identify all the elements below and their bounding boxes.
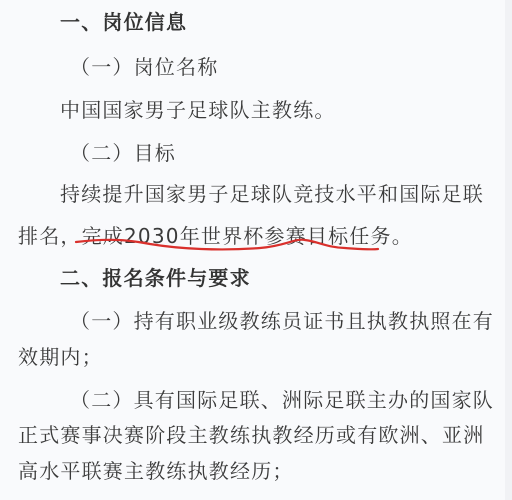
page-edge: [505, 0, 512, 500]
red-underline-annotation: [70, 234, 390, 258]
job-title-text: 中国国家男子足球队主教练。: [60, 98, 336, 122]
requirement-2-line1: （二）具有国际足联、洲际足联主办的国家队: [70, 388, 494, 412]
requirement-1-line2: 效期内；: [18, 345, 103, 369]
goal-text-suffix: 。: [392, 224, 413, 248]
requirement-1-line1: （一）持有职业级教练员证书且执教执照在有: [70, 309, 494, 333]
requirement-2-line3: 高水平联赛主教练执教经历；: [18, 459, 294, 483]
requirement-2-line2: 正式赛事决赛阶段主教练执教经历或有欧洲、亚洲: [18, 423, 484, 447]
document-page: 一、岗位信息 （一）岗位名称 中国国家男子足球队主教练。 （二）目标 持续提升国…: [0, 0, 505, 500]
section-heading-requirements: 二、报名条件与要求: [60, 266, 251, 290]
goal-text-line1: 持续提升国家男子足球队竞技水平和国际足联: [60, 182, 484, 206]
section-heading-job-info: 一、岗位信息: [60, 10, 187, 34]
subheading-job-title: （一）岗位名称: [70, 55, 218, 79]
subheading-goal: （二）目标: [70, 141, 176, 165]
